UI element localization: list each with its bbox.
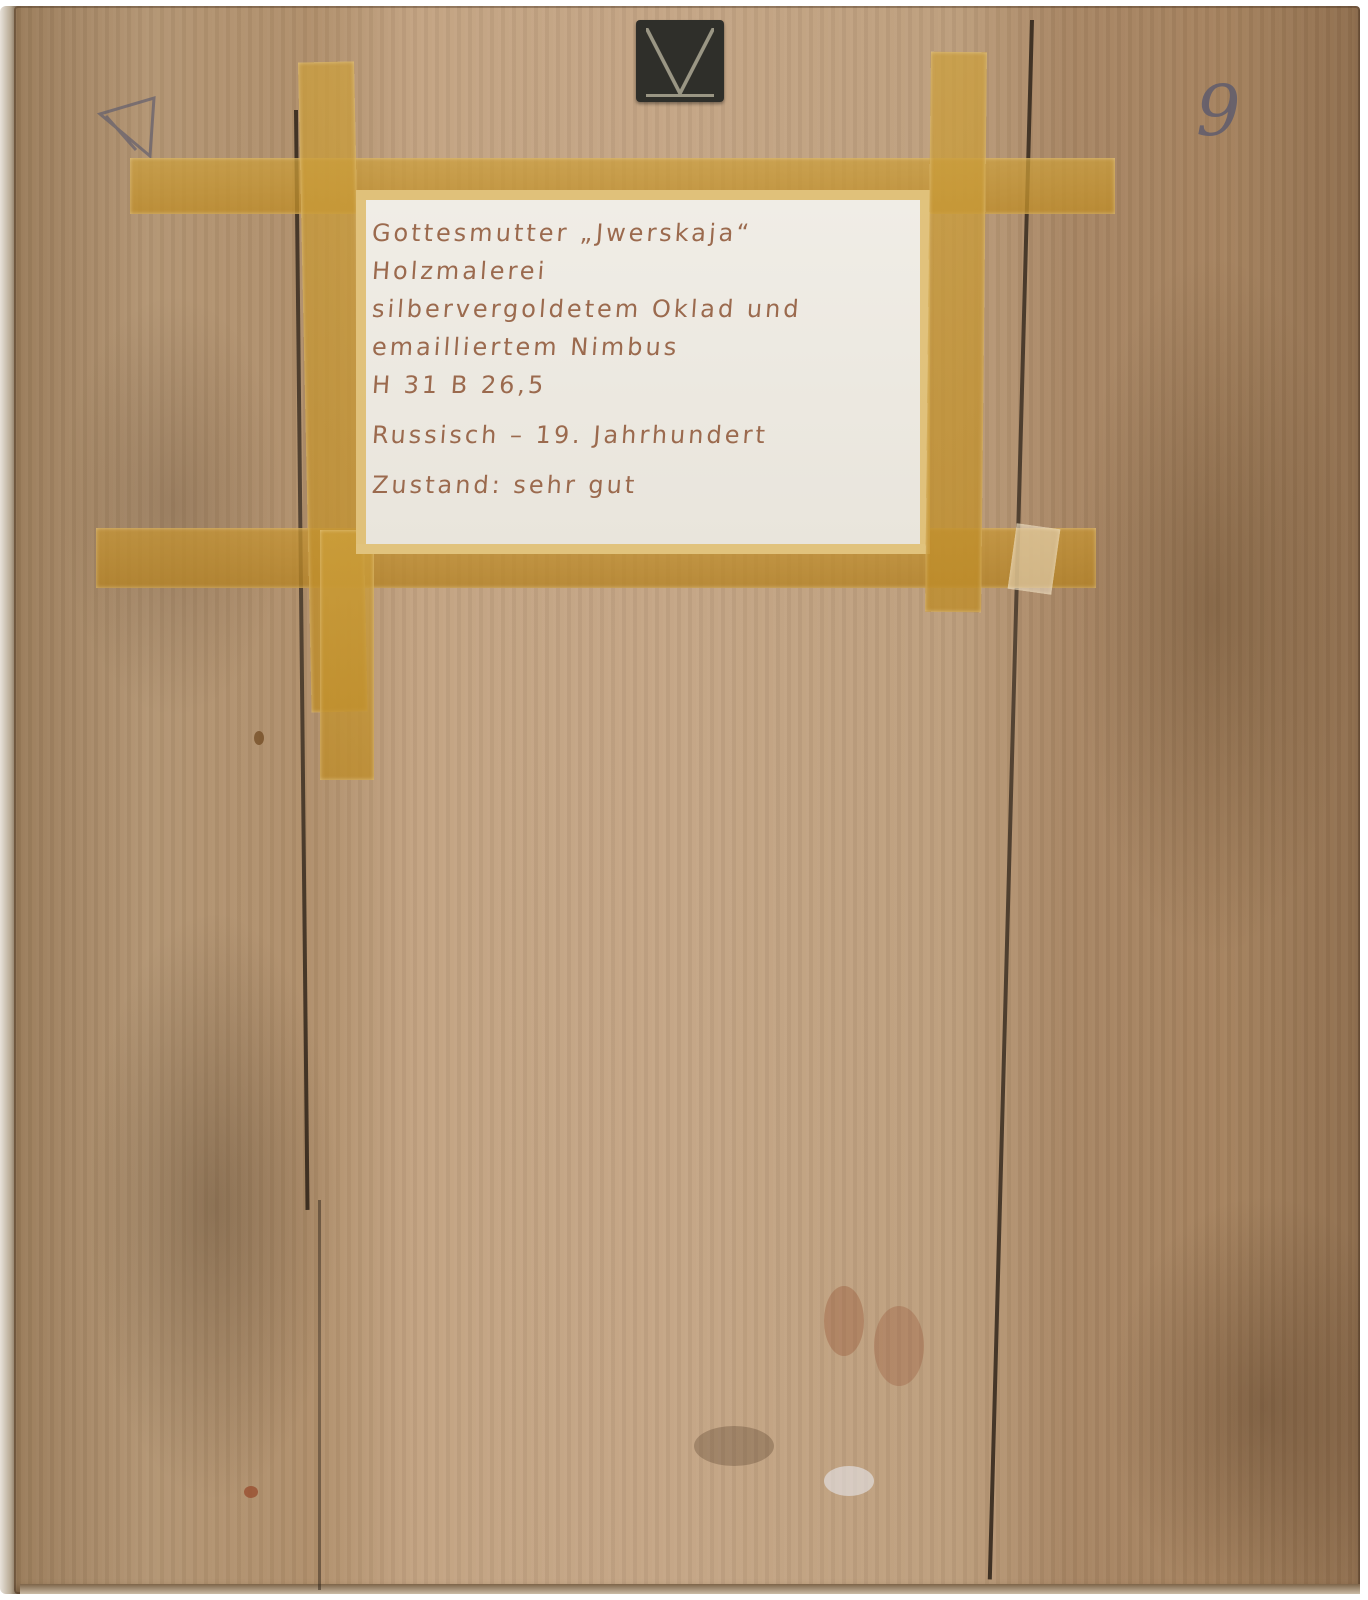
wood-stain — [824, 1466, 874, 1496]
tape-strip-left-lower — [320, 530, 374, 780]
wood-stain — [244, 1486, 258, 1498]
pencil-triangle-icon — [96, 94, 158, 158]
wood-stain — [254, 731, 264, 745]
panel-bottom-edge — [20, 1584, 1360, 1594]
label-line-technique: Holzmalerei — [371, 252, 922, 290]
label-line-nimbus: emailliertem Nimbus — [371, 328, 922, 366]
tape-loose-piece — [1008, 523, 1061, 594]
label-line-oklad: silbervergoldetem Oklad und — [371, 290, 922, 328]
label-line-title: Gottesmutter „Jwerskaja“ — [371, 214, 922, 252]
wood-stain — [824, 1286, 864, 1356]
wood-stain — [694, 1426, 774, 1466]
tape-strip-right — [925, 52, 987, 613]
hanger-bracket — [636, 20, 724, 102]
wood-stain — [874, 1306, 924, 1386]
label-line-origin: Russisch – 19. Jahrhundert — [371, 416, 922, 454]
board-seam-left-lower — [318, 1200, 321, 1590]
handwritten-label: Gottesmutter „Jwerskaja“ Holzmalerei sil… — [356, 190, 930, 554]
hanger-loop-icon — [646, 28, 714, 97]
label-line-dimensions: H 31 B 26,5 — [371, 366, 922, 404]
label-line-condition: Zustand: sehr gut — [371, 466, 922, 504]
pencil-number: 9 — [1196, 70, 1241, 152]
